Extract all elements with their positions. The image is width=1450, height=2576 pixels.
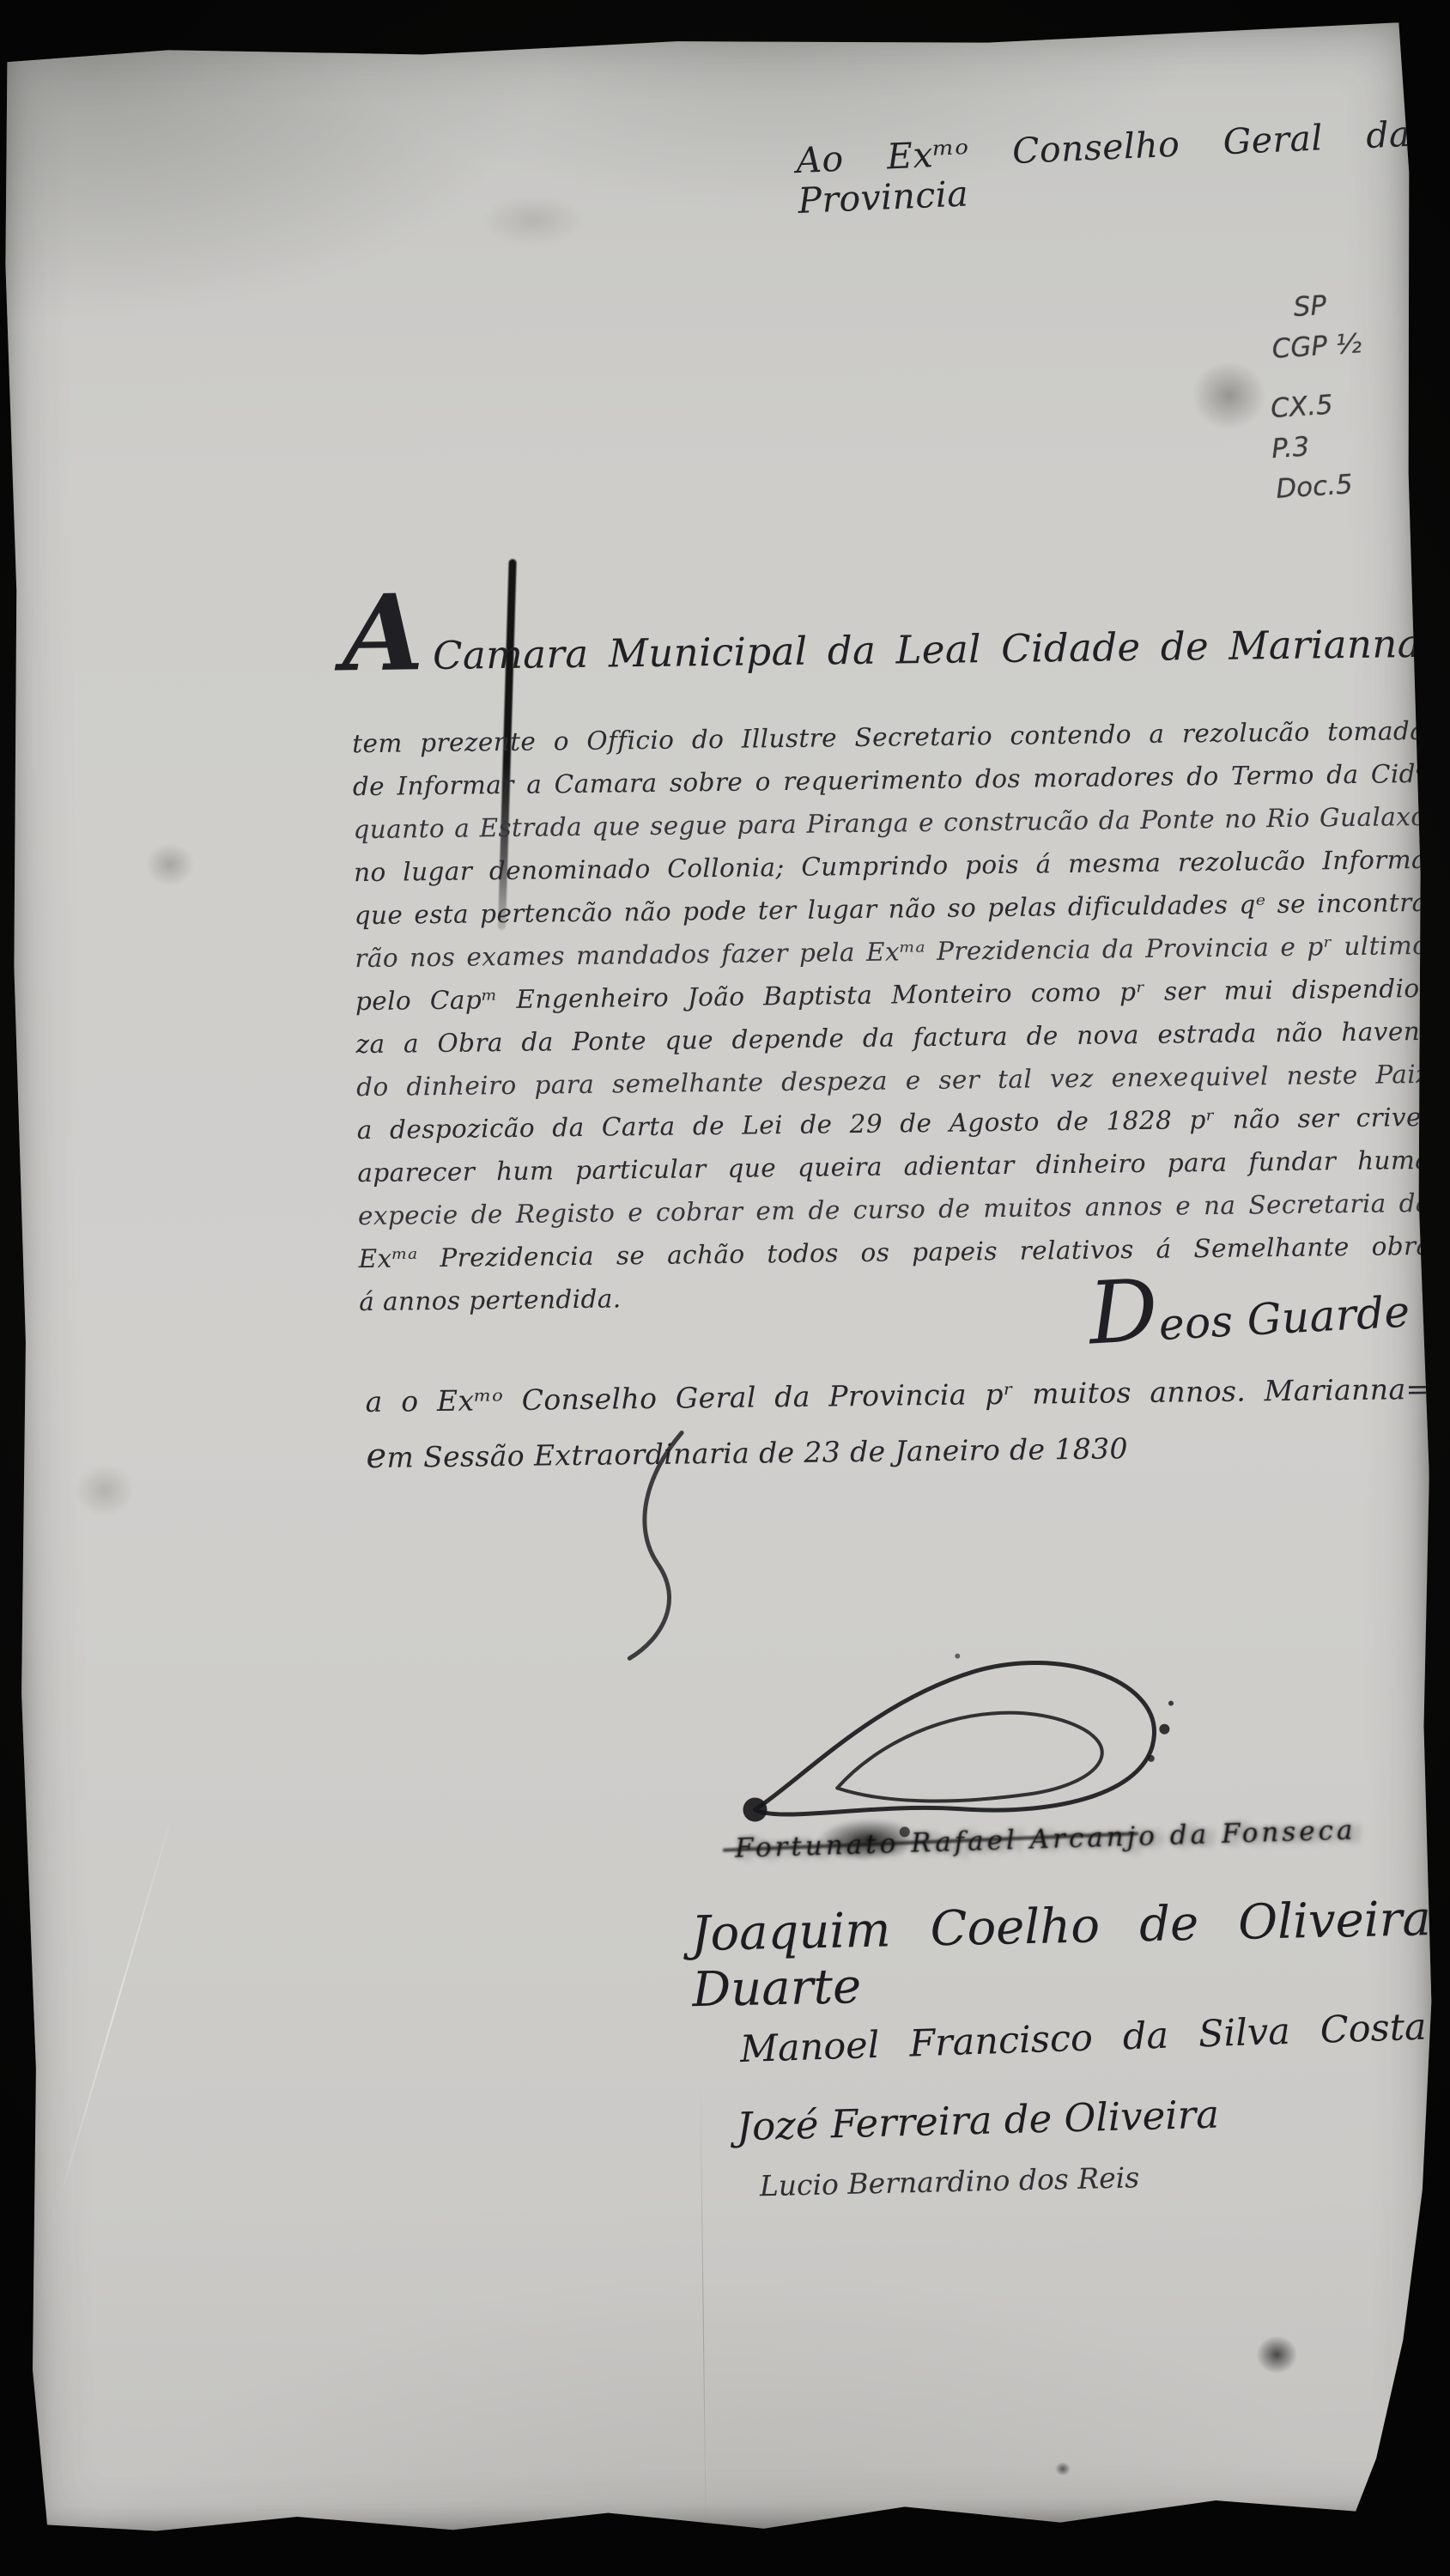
archival-reference-line: Doc.5 bbox=[1275, 464, 1372, 510]
paper-stain bbox=[1055, 2462, 1071, 2476]
paper-crease bbox=[700, 2075, 707, 2555]
archival-reference-line: SP bbox=[1292, 283, 1360, 328]
paper-stain bbox=[1256, 2336, 1298, 2374]
valediction: Deos Guarde bbox=[1087, 1262, 1411, 1350]
salutation-text: Camara Municipal da Leal Cidade de Maria… bbox=[433, 621, 1421, 678]
film-scratch bbox=[63, 1825, 170, 2188]
ink-blot bbox=[1168, 1701, 1174, 1706]
signature: Joaquim Coelho de Oliveira Duarte bbox=[690, 1891, 1433, 2018]
illuminated-initial: A bbox=[342, 589, 424, 676]
archival-reference-line: P.3 bbox=[1271, 423, 1369, 470]
signature: Manoel Francisco da Silva Costa bbox=[739, 2006, 1427, 2071]
paper-stain bbox=[146, 842, 195, 886]
addressee-line: Ao Exᵐᵒ Conselho Geral da Provincia bbox=[795, 114, 1412, 222]
ink-blot bbox=[955, 1654, 960, 1659]
signature-flourish bbox=[700, 1644, 1188, 1850]
paper-stain bbox=[1192, 361, 1266, 430]
archival-reference: SP CGP ½ CX.5 P.3 Doc.5 bbox=[1268, 283, 1372, 509]
photo-background: Ao Exᵐᵒ Conselho Geral da Provincia SP C… bbox=[0, 0, 1450, 2576]
paper-stain bbox=[75, 1463, 136, 1517]
paper-stain bbox=[481, 194, 585, 246]
archival-reference-line: CGP ½ bbox=[1271, 324, 1362, 370]
manuscript-page: Ao Exᵐᵒ Conselho Geral da Provincia SP C… bbox=[0, 22, 1442, 2545]
letter-body: tem prezente o Officio do Illustre Secre… bbox=[352, 709, 1432, 1323]
signature: Jozé Ferreira de Oliveira bbox=[736, 2090, 1286, 2150]
signature: Lucio Bernardino dos Reis bbox=[759, 2159, 1206, 2202]
ink-blot bbox=[1159, 1724, 1169, 1735]
calligraphic-swash bbox=[603, 1425, 717, 1668]
archival-reference-line: CX.5 bbox=[1270, 383, 1367, 429]
dateline: em Sessão Extraordinaria de 23 de Janeir… bbox=[366, 1427, 1128, 1476]
dateline: a o Exᵐᵒ Conselho Geral da Provincia pʳ … bbox=[365, 1372, 1429, 1419]
salutation-line: A Camara Municipal da Leal Cidade de Mar… bbox=[342, 577, 1421, 702]
